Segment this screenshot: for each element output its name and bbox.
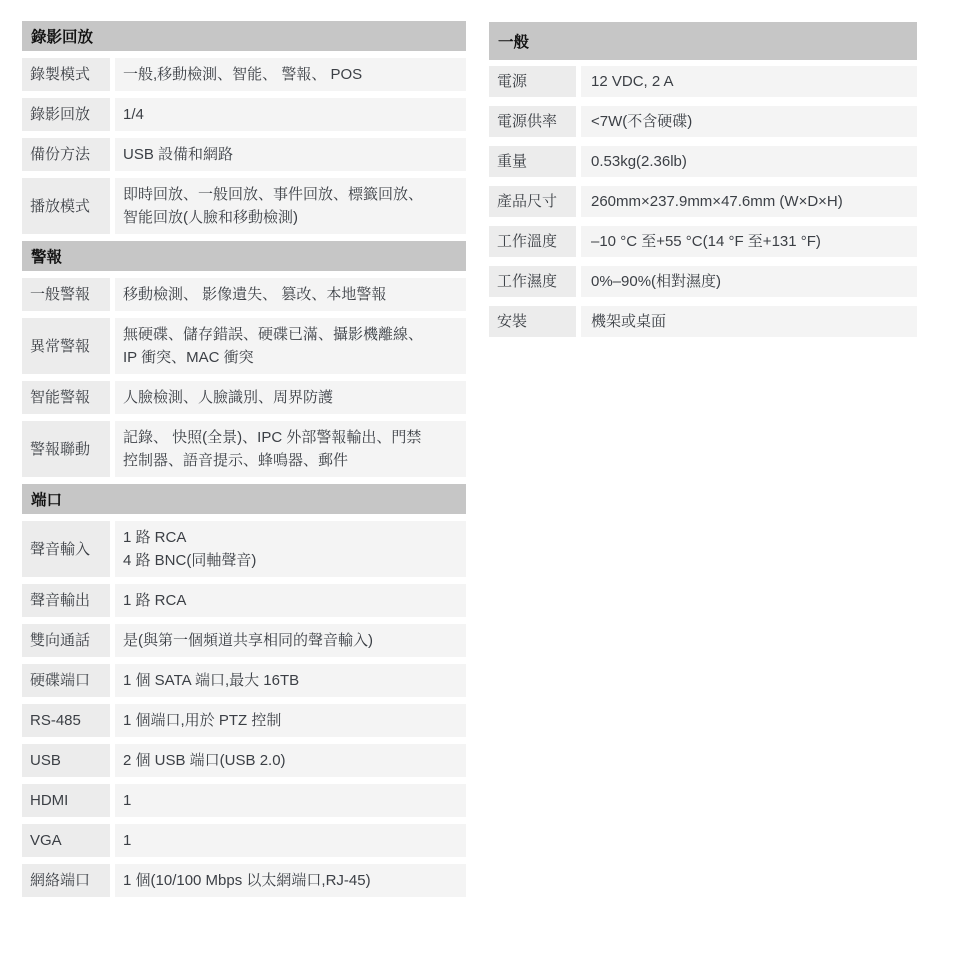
spec-label: 警報聯動 <box>22 421 110 477</box>
spec-value: 2 個 USB 端口(USB 2.0) <box>115 744 466 777</box>
spec-column-right: 一般電源12 VDC, 2 A電源供率<7W(不含硬碟)重量0.53kg(2.3… <box>489 22 917 346</box>
table-row: 硬碟端口1 個 SATA 端口,最大 16TB <box>22 664 466 697</box>
spec-label: 異常警報 <box>22 318 110 374</box>
table-row: RS-4851 個端口,用於 PTZ 控制 <box>22 704 466 737</box>
table-row: 一般警報移動檢測、 影像遺失、 篡改、本地警報 <box>22 278 466 311</box>
spec-value: 即時回放、一般回放、事件回放、標籤回放、 智能回放(人臉和移動檢測) <box>115 178 466 234</box>
spec-value: 是(與第一個頻道共享相同的聲音輸入) <box>115 624 466 657</box>
spec-label: 重量 <box>489 146 576 177</box>
spec-label: 錄影回放 <box>22 98 110 131</box>
spec-value: 1 <box>115 824 466 857</box>
spec-label: RS-485 <box>22 704 110 737</box>
spec-label: 安裝 <box>489 306 576 337</box>
table-row: 備份方法USB 設備和網路 <box>22 138 466 171</box>
spec-value: 260mm×237.9mm×47.6mm (W×D×H) <box>581 186 917 217</box>
spec-value: 12 VDC, 2 A <box>581 66 917 97</box>
spec-label: 產品尺寸 <box>489 186 576 217</box>
table-row: 電源供率<7W(不含硬碟) <box>489 106 917 137</box>
spec-value: 1 個(10/100 Mbps 以太網端口,RJ-45) <box>115 864 466 897</box>
spec-label: 電源供率 <box>489 106 576 137</box>
table-row: 播放模式即時回放、一般回放、事件回放、標籤回放、 智能回放(人臉和移動檢測) <box>22 178 466 234</box>
table-row: 錄影回放1/4 <box>22 98 466 131</box>
spec-label: 聲音輸出 <box>22 584 110 617</box>
spec-label: 網絡端口 <box>22 864 110 897</box>
spec-column-left: 錄影回放錄製模式一般,移動檢測、智能、 警報、 POS錄影回放1/4備份方法US… <box>22 21 466 904</box>
spec-label: 備份方法 <box>22 138 110 171</box>
spec-label: USB <box>22 744 110 777</box>
spec-label: 一般警報 <box>22 278 110 311</box>
table-row: 聲音輸出1 路 RCA <box>22 584 466 617</box>
table-row: 工作溫度–10 °C 至+55 °C(14 °F 至+131 °F) <box>489 226 917 257</box>
spec-value: 1 個 SATA 端口,最大 16TB <box>115 664 466 697</box>
table-row: 重量0.53kg(2.36lb) <box>489 146 917 177</box>
table-row: 安裝機架或桌面 <box>489 306 917 337</box>
spec-value: USB 設備和網路 <box>115 138 466 171</box>
spec-value: 機架或桌面 <box>581 306 917 337</box>
section-header: 錄影回放 <box>22 21 466 51</box>
spec-label: 工作濕度 <box>489 266 576 297</box>
table-row: 警報聯動記錄、 快照(全景)、IPC 外部警報輸出、門禁 控制器、語音提示、蜂鳴… <box>22 421 466 477</box>
spec-label: 播放模式 <box>22 178 110 234</box>
table-row: 錄製模式一般,移動檢測、智能、 警報、 POS <box>22 58 466 91</box>
table-row: 雙向通話是(與第一個頻道共享相同的聲音輸入) <box>22 624 466 657</box>
section-header: 端口 <box>22 484 466 514</box>
table-row: 網絡端口1 個(10/100 Mbps 以太網端口,RJ-45) <box>22 864 466 897</box>
spec-value: 1 個端口,用於 PTZ 控制 <box>115 704 466 737</box>
spec-value: 1 路 RCA <box>115 584 466 617</box>
spec-label: 智能警報 <box>22 381 110 414</box>
table-row: 工作濕度0%–90%(相對濕度) <box>489 266 917 297</box>
spec-label: 雙向通話 <box>22 624 110 657</box>
table-row: 聲音輸入1 路 RCA 4 路 BNC(同軸聲音) <box>22 521 466 577</box>
section-header: 一般 <box>489 22 917 60</box>
spec-label: 錄製模式 <box>22 58 110 91</box>
table-row: USB2 個 USB 端口(USB 2.0) <box>22 744 466 777</box>
spec-value: 無硬碟、儲存錯誤、硬碟已滿、攝影機離線、 IP 衝突、MAC 衝突 <box>115 318 466 374</box>
section-header: 警報 <box>22 241 466 271</box>
spec-label: 硬碟端口 <box>22 664 110 697</box>
table-row: 電源12 VDC, 2 A <box>489 66 917 97</box>
table-row: VGA1 <box>22 824 466 857</box>
spec-label: VGA <box>22 824 110 857</box>
table-row: HDMI1 <box>22 784 466 817</box>
table-row: 異常警報無硬碟、儲存錯誤、硬碟已滿、攝影機離線、 IP 衝突、MAC 衝突 <box>22 318 466 374</box>
spec-value: 1 路 RCA 4 路 BNC(同軸聲音) <box>115 521 466 577</box>
spec-value: 1/4 <box>115 98 466 131</box>
spec-value: <7W(不含硬碟) <box>581 106 917 137</box>
spec-value: 一般,移動檢測、智能、 警報、 POS <box>115 58 466 91</box>
table-row: 智能警報人臉檢測、人臉識別、周界防護 <box>22 381 466 414</box>
spec-value: 記錄、 快照(全景)、IPC 外部警報輸出、門禁 控制器、語音提示、蜂鳴器、郵件 <box>115 421 466 477</box>
spec-value: –10 °C 至+55 °C(14 °F 至+131 °F) <box>581 226 917 257</box>
spec-value: 0.53kg(2.36lb) <box>581 146 917 177</box>
spec-value: 移動檢測、 影像遺失、 篡改、本地警報 <box>115 278 466 311</box>
spec-value: 0%–90%(相對濕度) <box>581 266 917 297</box>
spec-value: 人臉檢測、人臉識別、周界防護 <box>115 381 466 414</box>
spec-label: 工作溫度 <box>489 226 576 257</box>
spec-value: 1 <box>115 784 466 817</box>
spec-label: HDMI <box>22 784 110 817</box>
table-row: 產品尺寸260mm×237.9mm×47.6mm (W×D×H) <box>489 186 917 217</box>
spec-label: 聲音輸入 <box>22 521 110 577</box>
spec-label: 電源 <box>489 66 576 97</box>
